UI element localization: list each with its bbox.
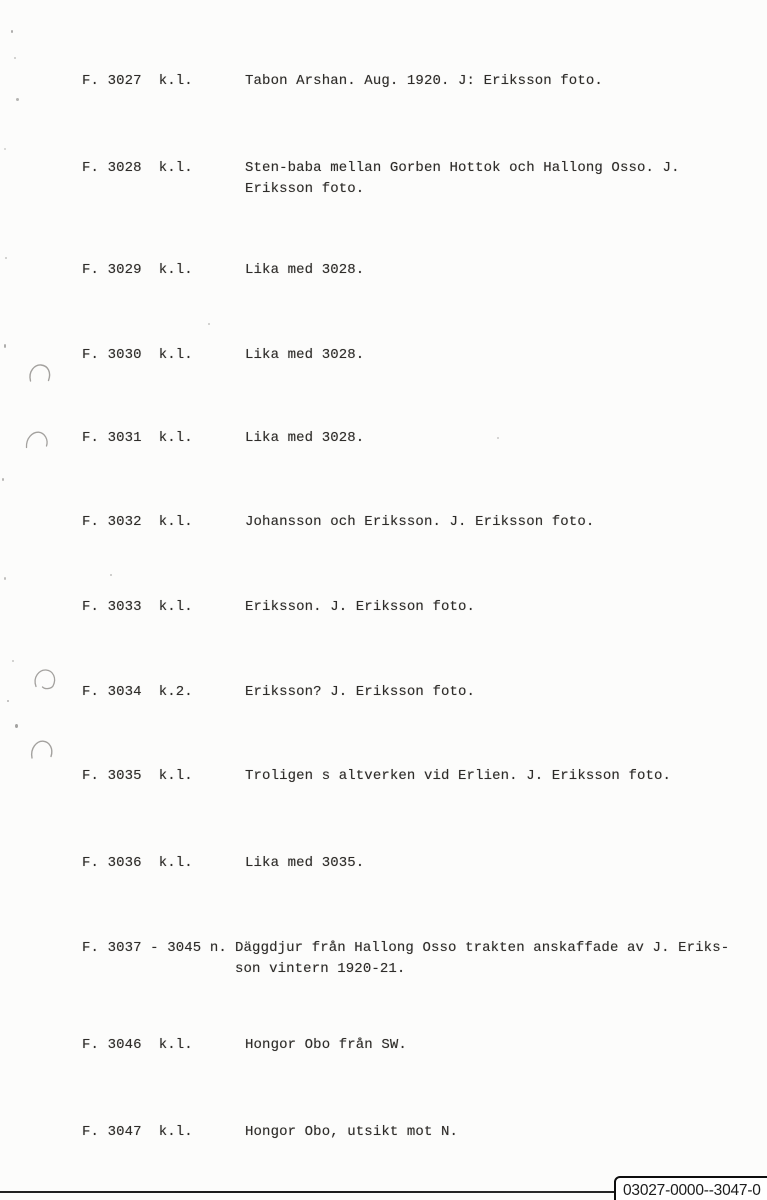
document-sheet: F. 3027 k.l. Tabon Arshan. Aug. 1920. J:… bbox=[0, 0, 767, 1200]
scan-speck bbox=[4, 344, 6, 348]
row-label: F. 3031 k.l. bbox=[82, 428, 193, 449]
catalog-row-3033: F. 3033 k.l. Eriksson. J. Eriksson foto. bbox=[0, 597, 767, 645]
scan-speck bbox=[4, 148, 6, 150]
row-description: Lika med 3035. bbox=[245, 853, 364, 874]
scan-speck bbox=[11, 30, 13, 33]
catalog-row-3032: F. 3032 k.l. Johansson och Eriksson. J. … bbox=[0, 512, 767, 560]
row-description: Hongor Obo från SW. bbox=[245, 1035, 407, 1056]
scan-speck bbox=[14, 57, 16, 59]
scan-speck bbox=[2, 478, 4, 481]
row-description: Eriksson. J. Eriksson foto. bbox=[245, 597, 475, 618]
catalog-row-3047: F. 3047 k.l. Hongor Obo, utsikt mot N. bbox=[0, 1122, 767, 1170]
row-description: Troligen s altverken vid Erlien. J. Erik… bbox=[245, 766, 671, 787]
scan-speck bbox=[7, 700, 9, 702]
catalog-row-3034: F. 3034 k.2. Eriksson? J. Eriksson foto. bbox=[0, 682, 767, 730]
pencil-mark bbox=[29, 739, 55, 766]
catalog-stamp: 03027-0000--3047-0 bbox=[614, 1176, 767, 1200]
row-label: F. 3030 k.l. bbox=[82, 345, 193, 366]
row-description: Eriksson? J. Eriksson foto. bbox=[245, 682, 475, 703]
row-description: Sten-baba mellan Gorben Hottok och Hallo… bbox=[245, 158, 680, 200]
row-label: F. 3032 k.l. bbox=[82, 512, 193, 533]
pencil-mark bbox=[27, 363, 53, 389]
row-label: F. 3034 k.2. bbox=[82, 682, 193, 703]
row-description: Lika med 3028. bbox=[245, 345, 364, 366]
catalog-row-3030: F. 3030 k.l. Lika med 3028. bbox=[0, 345, 767, 393]
catalog-row-3029: F. 3029 k.l. Lika med 3028. bbox=[0, 260, 767, 308]
row-label: F. 3027 k.l. bbox=[82, 71, 193, 92]
catalog-row-3035: F. 3035 k.l. Troligen s altverken vid Er… bbox=[0, 766, 767, 814]
scanned-catalog-page: { "page": { "paper_color": "#fcfcfb", "i… bbox=[0, 0, 767, 1200]
row-description: Lika med 3028. bbox=[245, 428, 364, 449]
row-description: Tabon Arshan. Aug. 1920. J: Eriksson fot… bbox=[245, 71, 603, 92]
row-description: Johansson och Eriksson. J. Eriksson foto… bbox=[245, 512, 594, 533]
catalog-row-3037-3045: F. 3037 - 3045 n. Däggdjur från Hallong … bbox=[0, 938, 767, 986]
row-label: F. 3047 k.l. bbox=[82, 1122, 193, 1143]
row-label: F. 3037 - 3045 n. bbox=[82, 938, 227, 959]
row-label: F. 3046 k.l. bbox=[82, 1035, 193, 1056]
catalog-row-3027: F. 3027 k.l. Tabon Arshan. Aug. 1920. J:… bbox=[0, 71, 767, 119]
row-label: F. 3028 k.l. bbox=[82, 158, 193, 179]
catalog-row-3046: F. 3046 k.l. Hongor Obo från SW. bbox=[0, 1035, 767, 1083]
catalog-row-3036: F. 3036 k.l. Lika med 3035. bbox=[0, 853, 767, 901]
row-description: Lika med 3028. bbox=[245, 260, 364, 281]
scan-speck bbox=[12, 660, 14, 662]
catalog-row-3028: F. 3028 k.l. Sten-baba mellan Gorben Hot… bbox=[0, 158, 767, 206]
pencil-mark bbox=[24, 430, 50, 456]
row-label: F. 3035 k.l. bbox=[82, 766, 193, 787]
scan-speck bbox=[5, 257, 7, 259]
scan-speck bbox=[208, 323, 210, 325]
scan-speck bbox=[4, 577, 6, 580]
row-description: Hongor Obo, utsikt mot N. bbox=[245, 1122, 458, 1143]
row-description: Däggdjur från Hallong Osso trakten anska… bbox=[235, 938, 729, 980]
row-label: F. 3036 k.l. bbox=[82, 853, 193, 874]
scan-speck bbox=[497, 437, 499, 439]
scan-speck bbox=[15, 724, 18, 728]
catalog-row-3031: F. 3031 k.l. Lika med 3028. bbox=[0, 428, 767, 476]
row-label: F. 3033 k.l. bbox=[82, 597, 193, 618]
pencil-mark bbox=[32, 668, 58, 695]
scan-speck bbox=[16, 98, 19, 101]
catalog-stamp-text: 03027-0000--3047-0 bbox=[623, 1182, 761, 1199]
row-label: F. 3029 k.l. bbox=[82, 260, 193, 281]
scan-speck bbox=[110, 574, 112, 576]
